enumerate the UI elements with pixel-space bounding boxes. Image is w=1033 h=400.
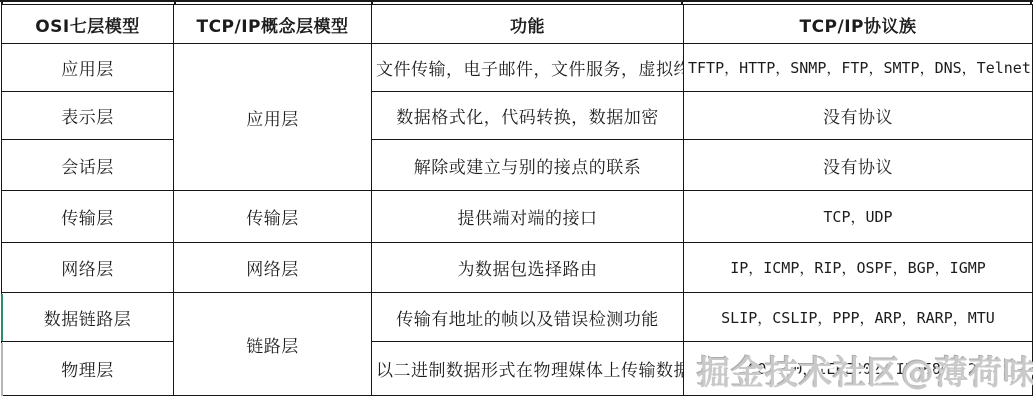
osi-layer-cell: 表示层	[2, 92, 174, 140]
function-cell: 数据格式化，代码转换，数据加密	[372, 92, 684, 140]
left-edge-green-artifact	[1, 294, 3, 341]
table-row: 数据链路层 链路层 传输有地址的帧以及错误检测功能 SLIP，CSLIP，PPP…	[2, 293, 1033, 342]
protocols-cell: IP，ICMP，RIP，OSPF，BGP，IGMP	[684, 243, 1033, 293]
tcpip-layer-cell: 链路层	[174, 293, 372, 396]
protocols-cell: SLIP，CSLIP，PPP，ARP，RARP，MTU	[684, 293, 1033, 342]
protocols-cell: 没有协议	[684, 140, 1033, 191]
osi-tcpip-comparison-table: OSI七层模型 TCP/IP概念层模型 功能 TCP/IP协议族 应用层 应用层…	[1, 4, 1033, 396]
protocols-cell: TCP，UDP	[684, 191, 1033, 243]
osi-layer-cell: 数据链路层	[2, 293, 174, 342]
function-cell: 为数据包选择路由	[372, 243, 684, 293]
header-tcpip-model: TCP/IP概念层模型	[174, 5, 372, 44]
table-row: 物理层 以二进制数据形式在物理媒体上传输数据 ISO2110，IEEE802，I…	[2, 342, 1033, 396]
tcpip-layer-cell: 传输层	[174, 191, 372, 243]
table-row: 会话层 解除或建立与别的接点的联系 没有协议	[2, 140, 1033, 191]
left-edge-gray-artifact	[1, 343, 3, 396]
header-function: 功能	[372, 5, 684, 44]
osi-layer-cell: 网络层	[2, 243, 174, 293]
table-row: 传输层 传输层 提供端对端的接口 TCP，UDP	[2, 191, 1033, 243]
table-header-row: OSI七层模型 TCP/IP概念层模型 功能 TCP/IP协议族	[2, 5, 1033, 44]
osi-layer-cell: 传输层	[2, 191, 174, 243]
table-row: 应用层 应用层 文件传输，电子邮件，文件服务，虚拟终端 TFTP，HTTP，SN…	[2, 44, 1033, 92]
function-cell: 文件传输，电子邮件，文件服务，虚拟终端	[372, 44, 684, 92]
header-osi-model: OSI七层模型	[2, 5, 174, 44]
table-row: 网络层 网络层 为数据包选择路由 IP，ICMP，RIP，OSPF，BGP，IG…	[2, 243, 1033, 293]
tcpip-layer-cell: 网络层	[174, 243, 372, 293]
header-protocol-family: TCP/IP协议族	[684, 5, 1033, 44]
protocols-cell: TFTP，HTTP，SNMP，FTP，SMTP，DNS，Telnet	[684, 44, 1033, 92]
osi-tcpip-comparison-page: OSI七层模型 TCP/IP概念层模型 功能 TCP/IP协议族 应用层 应用层…	[0, 0, 1033, 400]
tcpip-layer-cell: 应用层	[174, 44, 372, 191]
osi-layer-cell: 会话层	[2, 140, 174, 191]
function-cell: 传输有地址的帧以及错误检测功能	[372, 293, 684, 342]
osi-layer-cell: 物理层	[2, 342, 174, 396]
cropped-row-divider	[0, 0, 1033, 2]
osi-layer-cell: 应用层	[2, 44, 174, 92]
function-cell: 解除或建立与别的接点的联系	[372, 140, 684, 191]
protocols-cell: ISO2110，IEEE802，IEEE802.2	[684, 342, 1033, 396]
function-cell: 提供端对端的接口	[372, 191, 684, 243]
protocols-cell: 没有协议	[684, 92, 1033, 140]
table-row: 表示层 数据格式化，代码转换，数据加密 没有协议	[2, 92, 1033, 140]
function-cell: 以二进制数据形式在物理媒体上传输数据	[372, 342, 684, 396]
